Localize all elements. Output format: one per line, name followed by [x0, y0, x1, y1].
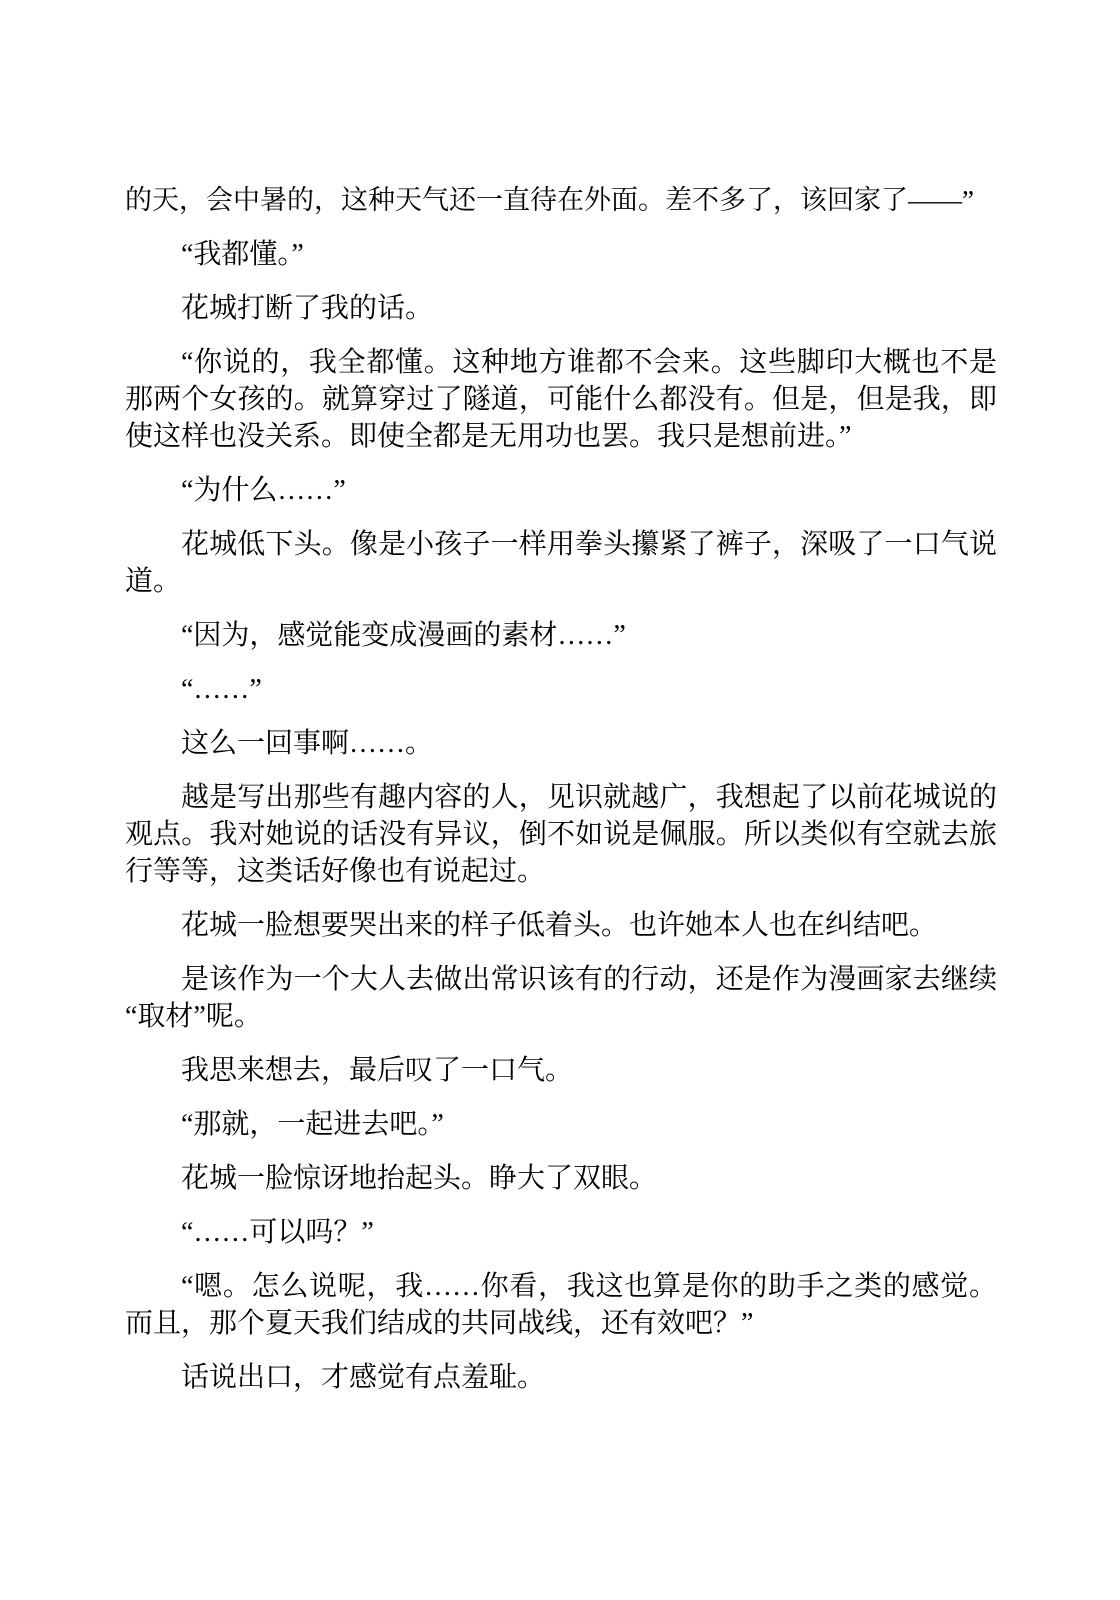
paragraph: 花城一脸想要哭出来的样子低着头。也许她本人也在纠结吧。 — [125, 907, 997, 944]
paragraph: 话说出口，才感觉有点羞耻。 — [125, 1359, 997, 1396]
paragraph: “我都懂。” — [125, 236, 997, 273]
paragraph: “……” — [125, 671, 997, 708]
paragraph: “你说的，我全都懂。这种地方谁都不会来。这些脚印大概也不是那两个女孩的。就算穿过… — [125, 344, 997, 455]
paragraph: 我思来想去，最后叹了一口气。 — [125, 1052, 997, 1089]
paragraph: 这么一回事啊……。 — [125, 725, 997, 762]
paragraph: “那就，一起进去吧。” — [125, 1106, 997, 1143]
paragraph: “……可以吗？” — [125, 1214, 997, 1251]
paragraph: “因为，感觉能变成漫画的素材……” — [125, 617, 997, 654]
paragraph: 花城打断了我的话。 — [125, 290, 997, 327]
paragraph: 是该作为一个大人去做出常识该有的行动，还是作为漫画家去继续“取材”呢。 — [125, 961, 997, 1035]
paragraph: 的天，会中暑的，这种天气还一直待在外面。差不多了，该回家了——” — [125, 182, 997, 219]
paragraph: 越是写出那些有趣内容的人，见识就越广，我想起了以前花城说的观点。我对她说的话没有… — [125, 779, 997, 890]
paragraph: “嗯。怎么说呢，我……你看，我这也算是你的助手之类的感觉。而且，那个夏天我们结成… — [125, 1268, 997, 1342]
paragraph: 花城一脸惊讶地抬起头。睁大了双眼。 — [125, 1160, 997, 1197]
text-column: 的天，会中暑的，这种天气还一直待在外面。差不多了，该回家了——”“我都懂。”花城… — [125, 182, 997, 1396]
document-page: 的天，会中暑的，这种天气还一直待在外面。差不多了，该回家了——”“我都懂。”花城… — [0, 0, 1120, 1600]
paragraph: “为什么……” — [125, 472, 997, 509]
paragraph: 花城低下头。像是小孩子一样用拳头攥紧了裤子，深吸了一口气说道。 — [125, 526, 997, 600]
